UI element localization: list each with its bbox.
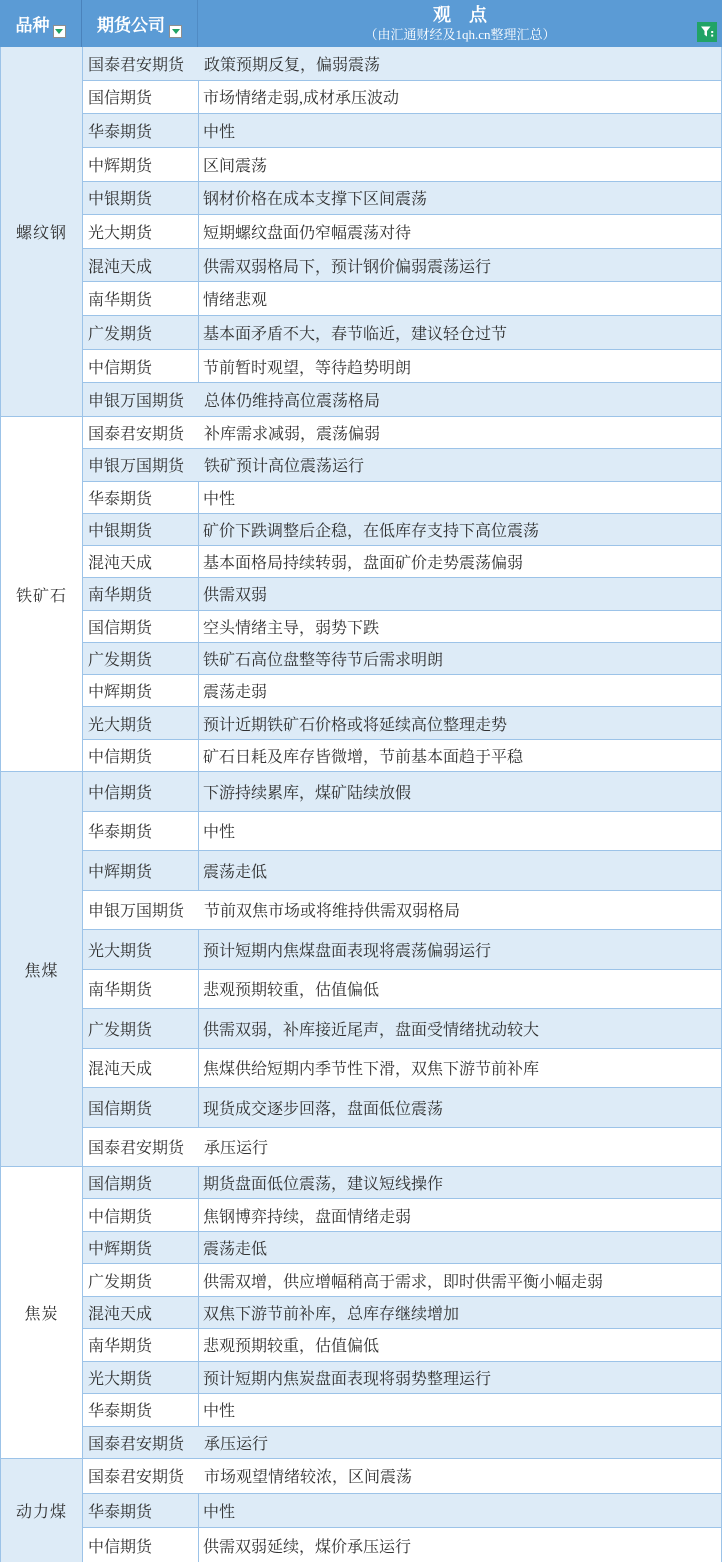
filter-funnel-button[interactable]: [697, 22, 717, 42]
table-row: 国泰君安期货市场观望情绪较浓，区间震荡: [83, 1459, 721, 1494]
table-row: 中银期货矿价下跌调整后企稳，在低库存支持下高位震荡: [83, 514, 721, 546]
company-cell: 申银万国期货: [83, 449, 199, 480]
table-row: 光大期货预计短期内焦炭盘面表现将弱势整理运行: [83, 1362, 721, 1394]
table-row: 申银万国期货总体仍维持高位震荡格局: [83, 383, 721, 416]
company-cell: 申银万国期货: [83, 383, 199, 416]
view-cell: 政策预期反复，偏弱震荡: [199, 47, 721, 80]
company-cell: 国泰君安期货: [83, 417, 199, 448]
company-cell: 混沌天成: [83, 1297, 199, 1328]
view-cell: 补库需求减弱，震荡偏弱: [199, 417, 721, 448]
view-cell: 市场观望情绪较浓，区间震荡: [199, 1459, 721, 1493]
view-cell: 悲观预期较重，估值偏低: [199, 970, 721, 1009]
company-cell: 南华期货: [83, 282, 199, 315]
view-cell: 焦煤供给短期内季节性下滑，双焦下游节前补库: [199, 1049, 721, 1088]
view-cell: 中性: [199, 812, 721, 851]
company-cell: 南华期货: [83, 578, 199, 609]
view-cell: 悲观预期较重，估值偏低: [199, 1329, 721, 1360]
header-view: 观 点 （由汇通财经及1qh.cn整理汇总）: [198, 0, 722, 47]
table-row: 中辉期货区间震荡: [83, 148, 721, 182]
company-cell: 中辉期货: [83, 851, 199, 890]
view-cell: 供需双弱，补库接近尾声，盘面受情绪扰动较大: [199, 1009, 721, 1048]
view-cell: 空头情绪主导，弱势下跌: [199, 611, 721, 642]
table-row: 中辉期货震荡走低: [83, 851, 721, 891]
variety-group: 铁矿石国泰君安期货补库需求减弱，震荡偏弱申银万国期货铁矿预计高位震荡运行华泰期货…: [1, 417, 721, 772]
company-cell: 国泰君安期货: [83, 47, 199, 80]
company-filter-button[interactable]: [169, 25, 182, 38]
table-row: 申银万国期货节前双焦市场或将维持供需双弱格局: [83, 891, 721, 931]
table-row: 国信期货空头情绪主导，弱势下跌: [83, 611, 721, 643]
view-cell: 预计短期内焦煤盘面表现将震荡偏弱运行: [199, 930, 721, 969]
variety-group: 螺纹钢国泰君安期货政策预期反复，偏弱震荡国信期货市场情绪走弱,成材承压波动华泰期…: [1, 47, 721, 417]
view-cell: 中性: [199, 1394, 721, 1425]
table-row: 国信期货市场情绪走弱,成材承压波动: [83, 81, 721, 115]
view-cell: 铁矿石高位盘整等待节后需求明朗: [199, 643, 721, 674]
table-row: 华泰期货中性: [83, 812, 721, 852]
view-cell: 铁矿预计高位震荡运行: [199, 449, 721, 480]
company-cell: 申银万国期货: [83, 891, 199, 930]
company-cell: 广发期货: [83, 1264, 199, 1295]
company-cell: 中信期货: [83, 772, 199, 811]
view-cell: 承压运行: [199, 1427, 721, 1458]
table-row: 华泰期货中性: [83, 1494, 721, 1529]
company-cell: 光大期货: [83, 930, 199, 969]
view-cell: 现货成交逐步回落，盘面低位震荡: [199, 1088, 721, 1127]
view-cell: 震荡走弱: [199, 675, 721, 706]
view-cell: 短期螺纹盘面仍窄幅震荡对待: [199, 215, 721, 248]
company-cell: 中信期货: [83, 740, 199, 771]
view-header-subtitle: （由汇通财经及1qh.cn整理汇总）: [364, 27, 555, 43]
variety-cell: 焦炭: [1, 1167, 83, 1458]
view-cell: 基本面格局持续转弱，盘面矿价走势震荡偏弱: [199, 546, 721, 577]
table-row: 混沌天成基本面格局持续转弱，盘面矿价走势震荡偏弱: [83, 546, 721, 578]
company-cell: 华泰期货: [83, 482, 199, 513]
company-cell: 国泰君安期货: [83, 1427, 199, 1458]
view-cell: 供需双增，供应增幅稍高于需求，即时供需平衡小幅走弱: [199, 1264, 721, 1295]
table-row: 中信期货焦钢博弈持续，盘面情绪走弱: [83, 1199, 721, 1231]
table-row: 华泰期货中性: [83, 1394, 721, 1426]
company-cell: 南华期货: [83, 1329, 199, 1360]
table-row: 中信期货下游持续累库，煤矿陆续放假: [83, 772, 721, 812]
view-cell: 震荡走低: [199, 1232, 721, 1263]
table-row: 南华期货供需双弱: [83, 578, 721, 610]
table-row: 中信期货供需双弱延续，煤价承压运行: [83, 1528, 721, 1562]
company-cell: 广发期货: [83, 1009, 199, 1048]
table-row: 光大期货短期螺纹盘面仍窄幅震荡对待: [83, 215, 721, 249]
table-row: 广发期货供需双增，供应增幅稍高于需求，即时供需平衡小幅走弱: [83, 1264, 721, 1296]
view-cell: 矿价下跌调整后企稳，在低库存支持下高位震荡: [199, 514, 721, 545]
table-row: 申银万国期货铁矿预计高位震荡运行: [83, 449, 721, 481]
table-row: 中信期货节前暂时观望，等待趋势明朗: [83, 350, 721, 384]
futures-opinion-table: 品种 期货公司 观 点 （由汇通财经及1qh.cn整理汇总） 螺纹钢国泰君安期货…: [0, 0, 722, 1562]
table-row: 光大期货预计短期内焦煤盘面表现将震荡偏弱运行: [83, 930, 721, 970]
table-row: 华泰期货中性: [83, 114, 721, 148]
company-cell: 光大期货: [83, 215, 199, 248]
company-cell: 中信期货: [83, 1528, 199, 1562]
table-body: 螺纹钢国泰君安期货政策预期反复，偏弱震荡国信期货市场情绪走弱,成材承压波动华泰期…: [0, 47, 722, 1562]
table-row: 广发期货铁矿石高位盘整等待节后需求明朗: [83, 643, 721, 675]
view-cell: 矿石日耗及库存皆微增，节前基本面趋于平稳: [199, 740, 721, 771]
company-cell: 中银期货: [83, 182, 199, 215]
company-cell: 国信期货: [83, 1167, 199, 1198]
variety-group: 焦炭国信期货期货盘面低位震荡，建议短线操作中信期货焦钢博弈持续，盘面情绪走弱中辉…: [1, 1167, 721, 1459]
company-cell: 光大期货: [83, 1362, 199, 1393]
company-cell: 混沌天成: [83, 546, 199, 577]
company-cell: 光大期货: [83, 707, 199, 738]
table-row: 南华期货悲观预期较重，估值偏低: [83, 970, 721, 1010]
view-cell: 下游持续累库，煤矿陆续放假: [199, 772, 721, 811]
company-cell: 中辉期货: [83, 675, 199, 706]
view-cell: 供需双弱: [199, 578, 721, 609]
table-row: 中银期货钢材价格在成本支撑下区间震荡: [83, 182, 721, 216]
variety-filter-button[interactable]: [53, 25, 66, 38]
company-cell: 华泰期货: [83, 812, 199, 851]
view-cell: 中性: [199, 482, 721, 513]
company-cell: 国信期货: [83, 611, 199, 642]
view-cell: 中性: [199, 114, 721, 147]
view-cell: 预计短期内焦炭盘面表现将弱势整理运行: [199, 1362, 721, 1393]
view-cell: 总体仍维持高位震荡格局: [199, 383, 721, 416]
company-cell: 南华期货: [83, 970, 199, 1009]
company-cell: 广发期货: [83, 316, 199, 349]
view-cell: 双焦下游节前补库，总库存继续增加: [199, 1297, 721, 1328]
view-cell: 中性: [199, 1494, 721, 1528]
table-row: 混沌天成焦煤供给短期内季节性下滑，双焦下游节前补库: [83, 1049, 721, 1089]
header-company: 期货公司: [82, 0, 198, 47]
dropdown-arrow-icon: [172, 29, 180, 34]
company-cell: 华泰期货: [83, 114, 199, 147]
view-cell: 基本面矛盾不大，春节临近，建议轻仓过节: [199, 316, 721, 349]
variety-cell: 动力煤: [1, 1459, 83, 1562]
table-row: 中信期货矿石日耗及库存皆微增，节前基本面趋于平稳: [83, 740, 721, 771]
dropdown-arrow-icon: [55, 29, 63, 34]
view-cell: 期货盘面低位震荡，建议短线操作: [199, 1167, 721, 1198]
view-cell: 供需双弱延续，煤价承压运行: [199, 1528, 721, 1562]
company-cell: 广发期货: [83, 643, 199, 674]
table-row: 国信期货现货成交逐步回落，盘面低位震荡: [83, 1088, 721, 1128]
view-cell: 钢材价格在成本支撑下区间震荡: [199, 182, 721, 215]
table-row: 广发期货基本面矛盾不大，春节临近，建议轻仓过节: [83, 316, 721, 350]
company-cell: 国信期货: [83, 1088, 199, 1127]
view-cell: 供需双弱格局下，预计钢价偏弱震荡运行: [199, 249, 721, 282]
view-cell: 区间震荡: [199, 148, 721, 181]
view-cell: 预计近期铁矿石价格或将延续高位整理走势: [199, 707, 721, 738]
view-cell: 承压运行: [199, 1128, 721, 1167]
view-cell: 市场情绪走弱,成材承压波动: [199, 81, 721, 114]
view-cell: 节前双焦市场或将维持供需双弱格局: [199, 891, 721, 930]
company-cell: 中银期货: [83, 514, 199, 545]
table-row: 华泰期货中性: [83, 482, 721, 514]
table-row: 国泰君安期货政策预期反复，偏弱震荡: [83, 47, 721, 81]
table-row: 光大期货预计近期铁矿石价格或将延续高位整理走势: [83, 707, 721, 739]
variety-group: 焦煤中信期货下游持续累库，煤矿陆续放假华泰期货中性中辉期货震荡走低申银万国期货节…: [1, 772, 721, 1167]
table-row: 混沌天成供需双弱格局下，预计钢价偏弱震荡运行: [83, 249, 721, 283]
company-header-label: 期货公司: [97, 11, 165, 36]
view-cell: 焦钢博弈持续，盘面情绪走弱: [199, 1199, 721, 1230]
variety-cell: 焦煤: [1, 772, 83, 1166]
variety-header-label: 品种: [16, 11, 50, 36]
company-cell: 华泰期货: [83, 1494, 199, 1528]
table-row: 南华期货情绪悲观: [83, 282, 721, 316]
variety-cell: 铁矿石: [1, 417, 83, 771]
table-row: 南华期货悲观预期较重，估值偏低: [83, 1329, 721, 1361]
table-row: 国泰君安期货承压运行: [83, 1128, 721, 1167]
header-variety: 品种: [0, 0, 82, 47]
company-cell: 国泰君安期货: [83, 1128, 199, 1167]
table-row: 中辉期货震荡走弱: [83, 675, 721, 707]
variety-cell: 螺纹钢: [1, 47, 83, 416]
company-cell: 国信期货: [83, 81, 199, 114]
company-cell: 中信期货: [83, 1199, 199, 1230]
table-row: 混沌天成双焦下游节前补库，总库存继续增加: [83, 1297, 721, 1329]
company-cell: 混沌天成: [83, 1049, 199, 1088]
company-cell: 国泰君安期货: [83, 1459, 199, 1493]
table-row: 广发期货供需双弱，补库接近尾声，盘面受情绪扰动较大: [83, 1009, 721, 1049]
company-cell: 华泰期货: [83, 1394, 199, 1425]
company-cell: 中辉期货: [83, 148, 199, 181]
company-cell: 中信期货: [83, 350, 199, 383]
view-cell: 情绪悲观: [199, 282, 721, 315]
table-row: 中辉期货震荡走低: [83, 1232, 721, 1264]
filter-funnel-icon: [700, 25, 714, 39]
table-header: 品种 期货公司 观 点 （由汇通财经及1qh.cn整理汇总）: [0, 0, 722, 47]
table-row: 国信期货期货盘面低位震荡，建议短线操作: [83, 1167, 721, 1199]
table-row: 国泰君安期货承压运行: [83, 1427, 721, 1458]
variety-group: 动力煤国泰君安期货市场观望情绪较浓，区间震荡华泰期货中性中信期货供需双弱延续，煤…: [1, 1459, 721, 1562]
view-cell: 震荡走低: [199, 851, 721, 890]
view-header-title: 观 点: [433, 4, 487, 27]
table-row: 国泰君安期货补库需求减弱，震荡偏弱: [83, 417, 721, 449]
view-cell: 节前暂时观望，等待趋势明朗: [199, 350, 721, 383]
company-cell: 混沌天成: [83, 249, 199, 282]
company-cell: 中辉期货: [83, 1232, 199, 1263]
